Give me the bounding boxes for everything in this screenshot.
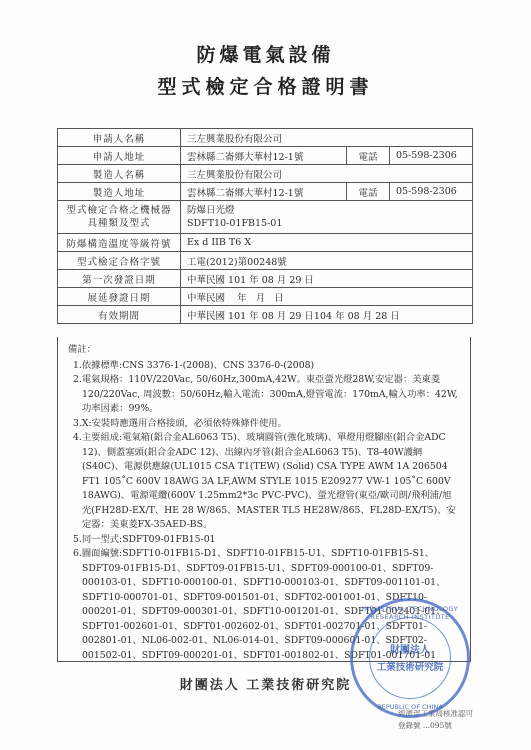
note-item-3: 3.X:安裝時應選用合格接頭，必須依特殊條件使用。 xyxy=(68,417,460,432)
note-item-2: 2.電氣規格：110V/220Vac, 50/60Hz,300mA,42W。東亞… xyxy=(68,373,460,417)
validity-period: 中華民國 101 年 08 月 29 日104 年 08 月 28 日 xyxy=(181,306,473,324)
equipment-value: 防爆日光燈 SDFT10-01FB15-01 xyxy=(181,201,473,234)
seal-line-1: 財團法人 xyxy=(353,641,467,656)
title-line-1: 防爆電氣設備 xyxy=(0,40,531,67)
cert-no-label: 型式檢定合格字號 xyxy=(58,252,181,270)
equipment-label: 型式檢定合格之機械器 具種類及型式 xyxy=(58,201,181,234)
table-row: 型式檢定合格之機械器 具種類及型式 防爆日光燈 SDFT10-01FB15-01 xyxy=(58,201,473,234)
table-row: 製造人名稱 三左興業股份有限公司 xyxy=(58,165,473,183)
applicant-address: 雲林縣二崙鄉大華村12-1號 xyxy=(181,147,347,165)
table-row: 展延發證日期 中華民國 年 月 日 xyxy=(58,288,473,306)
notes-heading: 備註： xyxy=(68,343,460,358)
seal-inner-ring xyxy=(369,617,451,699)
manufacturer-phone-label: 電話 xyxy=(347,183,390,201)
manufacturer-address: 雲林縣二崙鄉大華村12-1號 xyxy=(181,183,347,201)
first-issue-date: 中華民國 101 年 08 月 29 日 xyxy=(181,270,473,288)
seal-line-2: 工業技術研究院 xyxy=(353,659,467,673)
table-row: 申請人名稱 三左興業股份有限公司 xyxy=(58,129,473,147)
table-row: 防爆構造溫度等級符號 Ex d IIB T6 X xyxy=(58,234,473,252)
validity-label: 有效期間 xyxy=(58,306,181,324)
renewal-date: 中華民國 年 月 日 xyxy=(181,288,473,306)
seal-ring-bottom-text: REPUBLIC OF CHINA xyxy=(353,703,467,711)
manufacturer-phone: 05-598-2306 xyxy=(390,183,473,201)
table-row: 製造人地址 雲林縣二崙鄉大華村12-1號 電話 05-598-2306 xyxy=(58,183,473,201)
note-item-4: 4.主要組成:電氣箱(鋁合金AL6063 T5)、玻璃圓管(強化玻璃)、單燈用燈… xyxy=(68,431,460,533)
equipment-model: SDFT10-01FB15-01 xyxy=(187,217,466,230)
renewal-label: 展延發證日期 xyxy=(58,288,181,306)
applicant-name-label: 申請人名稱 xyxy=(58,129,181,147)
equipment-type: 防爆日光燈 xyxy=(187,204,466,217)
equipment-label-line2: 具種類及型式 xyxy=(62,217,176,230)
protection-label: 防爆構造溫度等級符號 xyxy=(58,234,181,252)
protection-value: Ex d IIB T6 X xyxy=(181,234,473,252)
table-row: 申請人地址 雲林縣二崙鄉大華村12-1號 電話 05-598-2306 xyxy=(58,147,473,165)
manufacturer-address-label: 製造人地址 xyxy=(58,183,181,201)
note-item-1: 1.依據標準:CNS 3376-1-(2008)、CNS 3376-0-(200… xyxy=(68,359,460,374)
applicant-phone: 05-598-2306 xyxy=(390,147,473,165)
cert-no: 工電(2012)第00248號 xyxy=(181,252,473,270)
applicant-address-label: 申請人地址 xyxy=(58,147,181,165)
applicant-name: 三左興業股份有限公司 xyxy=(181,129,473,147)
table-row: 有效期間 中華民國 101 年 08 月 29 日104 年 08 月 28 日 xyxy=(58,306,473,324)
manufacturer-name: 三左興業股份有限公司 xyxy=(181,165,473,183)
table-row: 第一次發證日期 中華民國 101 年 08 月 29 日 xyxy=(58,270,473,288)
applicant-phone-label: 電話 xyxy=(347,147,390,165)
approval-line-2: 登錄號 ...095號 xyxy=(398,720,473,732)
certificate-info-table: 申請人名稱 三左興業股份有限公司 申請人地址 雲林縣二崙鄉大華村12-1號 電話… xyxy=(57,128,473,324)
title-line-2: 型式檢定合格證明書 xyxy=(0,72,531,99)
note-item-5: 5.同一型式:SDFT09-01FB15-01 xyxy=(68,533,460,548)
manufacturer-name-label: 製造人名稱 xyxy=(58,165,181,183)
table-row: 型式檢定合格字號 工電(2012)第00248號 xyxy=(58,252,473,270)
first-issue-label: 第一次發證日期 xyxy=(58,270,181,288)
equipment-label-line1: 型式檢定合格之機械器 xyxy=(62,204,176,217)
official-seal-icon: INDUSTRIAL TECHNOLOGY RESEARCH INSTITUTE… xyxy=(350,598,470,718)
